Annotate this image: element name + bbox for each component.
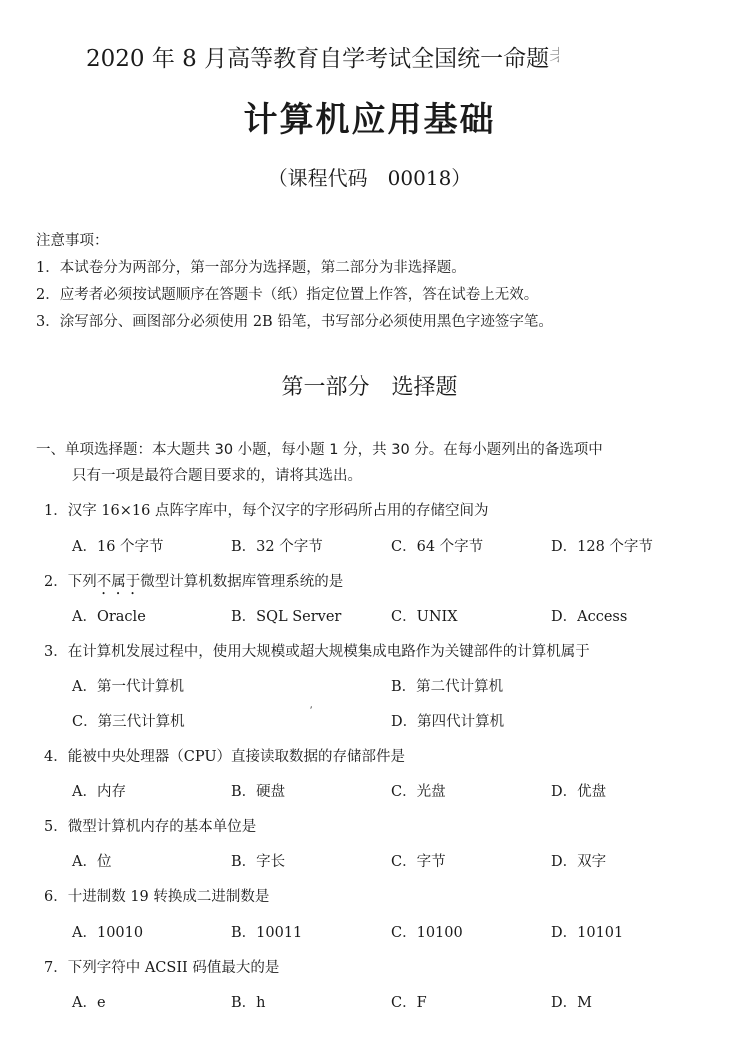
part-title: 第一部分 选择题 [0, 370, 739, 401]
q1-option-a: A．16 个字节 [72, 535, 164, 556]
q6-option-a: A．10010 [72, 921, 143, 942]
subject-title: 计算机应用基础 [0, 92, 739, 141]
section-instructions-line2: 只有一项是最符合题目要求的，请将其选出。 [36, 463, 603, 489]
notes-item: 3．涂写部分、画图部分必须使用 2B 铅笔，书写部分必须使用黑色字迹签字笔。 [36, 309, 553, 336]
q4-option-a: A．内存 [72, 780, 126, 801]
q7-option-b: B．h [231, 991, 266, 1012]
notes-title: 注意事项： [36, 228, 553, 255]
question-stem-1: 1．汉字 16×16 点阵字库中，每个汉字的字形码所占用的存储空间为 [44, 499, 489, 520]
q7-option-d: D．M [551, 991, 592, 1012]
q5-option-c: C．字节 [391, 850, 446, 871]
notes-item: 2．应考者必须按试题顺序在答题卡（纸）指定位置上作答，答在试卷上无效。 [36, 282, 553, 309]
q4-option-d: D．优盘 [551, 780, 606, 801]
q2-option-a: A．Oracle [72, 605, 146, 626]
q1-option-d: D．128 个字节 [551, 535, 653, 556]
q2-stem-suffix: 微型计算机数据库管理系统的是 [140, 574, 343, 590]
question-stem-6: 6．十进制数 19 转换成二进制数是 [44, 885, 269, 906]
question-stem-4: 4．能被中央处理器（CPU）直接读取数据的存储部件是 [44, 745, 405, 766]
question-stem-7: 7．下列字符中 ACSII 码值最大的是 [44, 956, 279, 977]
q3-option-a: A．第一代计算机 [72, 675, 184, 696]
question-stem-5: 5．微型计算机内存的基本单位是 [44, 815, 256, 836]
q6-option-b: B．10011 [231, 921, 302, 942]
question-stem-3: 3．在计算机发展过程中，使用大规模或超大规模集成电路作为关键部件的计算机属于 [44, 640, 590, 661]
q1-option-c: C．64 个字节 [391, 535, 483, 556]
course-code: （课程代码 00018） [0, 162, 739, 191]
notes-item: 1．本试卷分为两部分，第一部分为选择题，第二部分为非选择题。 [36, 255, 553, 282]
q3-option-d: D．第四代计算机 [391, 710, 504, 731]
section-instructions-line1: 一、单项选择题：本大题共 30 小题，每小题 1 分，共 30 分。在每小题列出… [36, 437, 603, 463]
notes-block: 注意事项： 1．本试卷分为两部分，第一部分为选择题，第二部分为非选择题。 2．应… [36, 228, 553, 336]
q2-option-d: D．Access [551, 605, 627, 626]
q5-option-d: D．双字 [551, 850, 606, 871]
q7-option-a: A．e [72, 991, 106, 1012]
q6-option-d: D．10101 [551, 921, 623, 942]
q2-option-c: C．UNIX [391, 605, 458, 626]
q3-option-b: B．第二代计算机 [391, 675, 503, 696]
q4-option-c: C．光盘 [391, 780, 446, 801]
exam-title-clipped-char: 考 [549, 40, 559, 73]
q2-stem-prefix: 2．下列 [44, 574, 97, 590]
section-instructions: 一、单项选择题：本大题共 30 小题，每小题 1 分，共 30 分。在每小题列出… [36, 437, 603, 489]
q5-option-a: A．位 [72, 850, 111, 871]
q7-option-c: C．F [391, 991, 427, 1012]
exam-title-text: 2020 年 8 月高等教育自学考试全国统一命题 [86, 46, 549, 72]
q1-option-b: B．32 个字节 [231, 535, 323, 556]
question-stem-2: 2．下列不属于微型计算机数据库管理系统的是 [44, 570, 343, 598]
q6-option-c: C．10100 [391, 921, 463, 942]
q2-option-b: B．SQL Server [231, 605, 341, 626]
scan-speck-decoration: ⸴ [310, 698, 313, 712]
q4-option-b: B．硬盘 [231, 780, 285, 801]
q3-option-c: C．第三代计算机 [72, 710, 185, 731]
exam-header-title: 2020 年 8 月高等教育自学考试全国统一命题考 [86, 40, 559, 73]
q5-option-b: B．字长 [231, 850, 285, 871]
q2-stem-emphasis: 不属于 [97, 574, 141, 590]
